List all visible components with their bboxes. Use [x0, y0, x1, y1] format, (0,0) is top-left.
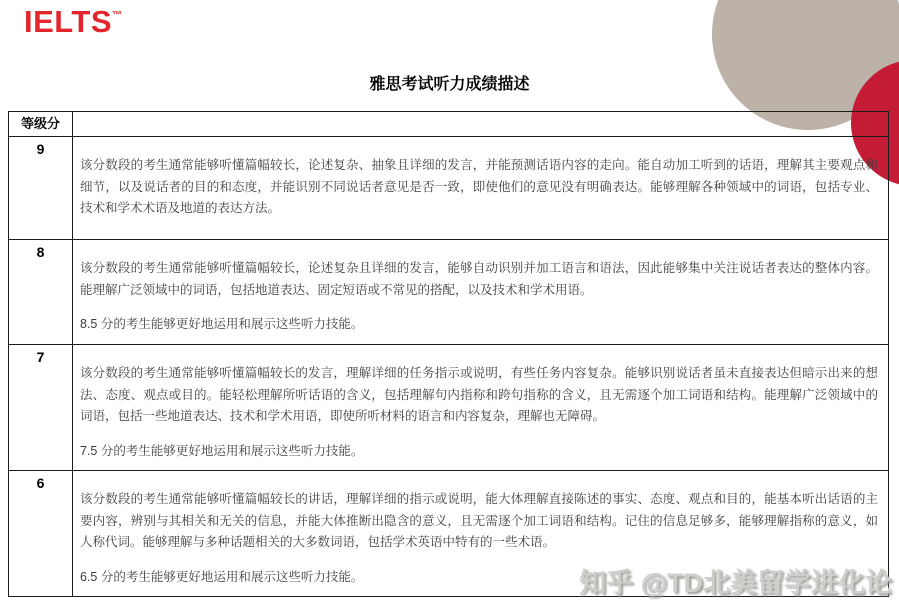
description-column-header	[73, 112, 888, 136]
table-row-band-8: 8该分数段的考生通常能够听懂篇幅较长，论述复杂且详细的发言，能够自动识别并加工语…	[9, 240, 888, 345]
zhihu-watermark: 知乎 @TD北美留学进化论	[579, 561, 892, 600]
band-score: 9	[9, 137, 73, 239]
description-paragraph: 8.5 分的考生能够更好地运用和展示这些听力技能。	[80, 314, 878, 336]
table-body: 9该分数段的考生通常能够听懂篇幅较长，论述复杂、抽象且详细的发言，并能预测话语内…	[9, 137, 888, 596]
ielts-logo: IELTS™	[24, 4, 122, 40]
band-column-header: 等级分	[9, 112, 73, 136]
ielts-logo-text: IELTS	[24, 4, 112, 39]
band-description: 该分数段的考生通常能够听懂篇幅较长，论述复杂且详细的发言，能够自动识别并加工语言…	[73, 240, 888, 344]
band-description: 该分数段的考生通常能够听懂篇幅较长，论述复杂、抽象且详细的发言，并能预测话语内容…	[73, 137, 888, 239]
description-paragraph: 该分数段的考生通常能够听懂篇幅较长，论述复杂、抽象且详细的发言，并能预测话语内容…	[80, 155, 878, 220]
band-score: 6	[9, 471, 73, 596]
band-score: 7	[9, 345, 73, 470]
description-paragraph: 该分数段的考生通常能够听懂篇幅较长的讲话，理解详细的指示或说明，能大体理解直接陈…	[80, 489, 878, 554]
listening-band-table: 等级分 9该分数段的考生通常能够听懂篇幅较长，论述复杂、抽象且详细的发言，并能预…	[8, 111, 889, 597]
band-description: 该分数段的考生通常能够听懂篇幅较长的发言，理解详细的任务指示或说明，有些任务内容…	[73, 345, 888, 470]
description-paragraph: 该分数段的考生通常能够听懂篇幅较长，论述复杂且详细的发言，能够自动识别并加工语言…	[80, 258, 878, 301]
band-score: 8	[9, 240, 73, 344]
description-paragraph: 7.5 分的考生能够更好地运用和展示这些听力技能。	[80, 441, 878, 463]
description-paragraph: 该分数段的考生通常能够听懂篇幅较长的发言，理解详细的任务指示或说明，有些任务内容…	[80, 363, 878, 428]
page-title: 雅思考试听力成绩描述	[0, 71, 899, 94]
table-row-band-7: 7该分数段的考生通常能够听懂篇幅较长的发言，理解详细的任务指示或说明，有些任务内…	[9, 345, 888, 471]
table-row-band-9: 9该分数段的考生通常能够听懂篇幅较长，论述复杂、抽象且详细的发言，并能预测话语内…	[9, 137, 888, 240]
trademark-symbol: ™	[112, 10, 122, 21]
table-header-row: 等级分	[9, 112, 888, 137]
